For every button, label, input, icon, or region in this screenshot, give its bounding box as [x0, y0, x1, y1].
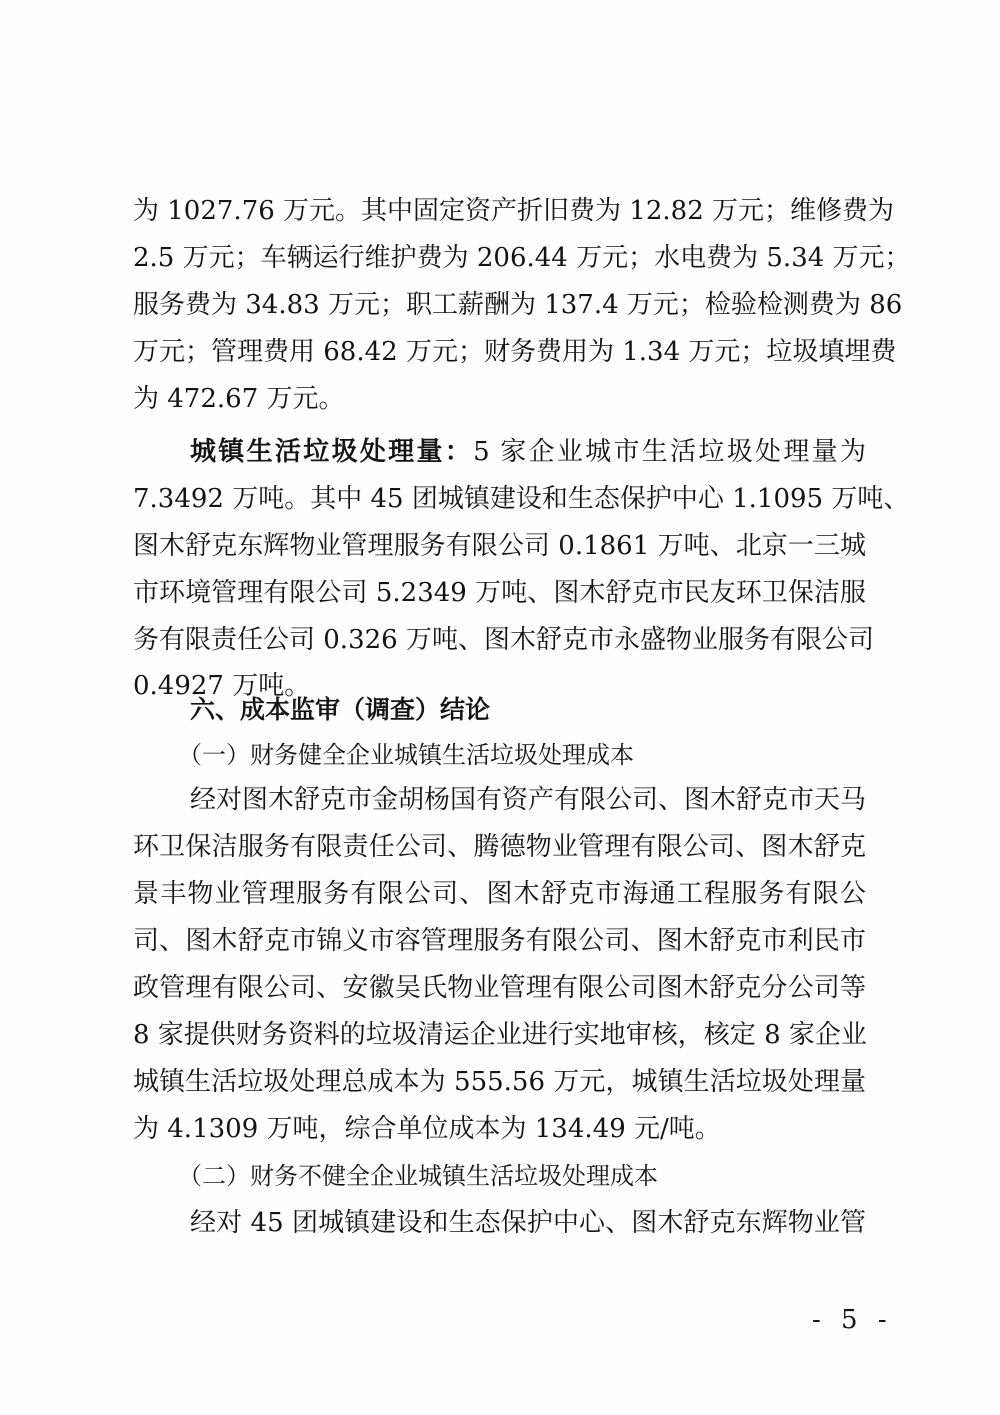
text-line: 市环境管理有限公司 5.2349 万吨、图木舒克市民友环卫保洁服 — [133, 573, 866, 613]
text-line: 司、图木舒克市锦义市容管理服务有限公司、图木舒克市利民市 — [133, 921, 866, 961]
text-line: 7.3492 万吨。其中 45 团城镇建设和生态保护中心 1.1095 万吨、 — [133, 479, 866, 519]
text-line: 经对图木舒克市金胡杨国有资产有限公司、图木舒克市天马 — [190, 780, 866, 820]
text-line: 城镇生活垃圾处理量：5 家企业城市生活垃圾处理量为 — [190, 432, 866, 472]
text-line: 2.5 万元；车辆运行维护费为 206.44 万元；水电费为 5.34 万元； — [133, 238, 866, 278]
text-line: 政管理有限公司、安徽吴氏物业管理有限公司图木舒克分公司等 — [133, 968, 866, 1008]
text-line: 经对 45 团城镇建设和生态保护中心、图木舒克东辉物业管 — [190, 1203, 866, 1243]
text-line: 为 4.1309 万吨，综合单位成本为 134.49 元/吨。 — [133, 1109, 866, 1149]
text-line: 景丰物业管理服务有限公司、图木舒克市海通工程服务有限公 — [133, 874, 866, 914]
page-number: - 5 - — [812, 1303, 893, 1337]
text-line: 万元；管理费用 68.42 万元；财务费用为 1.34 万元；垃圾填埋费 — [133, 332, 866, 372]
document-page: 为 1027.76 万元。其中固定资产折旧费为 12.82 万元；维修费为 2.… — [0, 0, 1000, 1415]
text-line: 服务费为 34.83 万元；职工薪酬为 137.4 万元；检验检测费为 86 — [133, 285, 866, 325]
subsection-heading: （二）财务不健全企业城镇生活垃圾处理成本 — [178, 1156, 658, 1196]
text-line: 为 1027.76 万元。其中固定资产折旧费为 12.82 万元；维修费为 — [133, 191, 866, 231]
text-line: 8 家提供财务资料的垃圾清运企业进行实地审核，核定 8 家企业 — [133, 1015, 866, 1055]
text-line: 务有限责任公司 0.326 万吨、图木舒克市永盛物业服务有限公司 — [133, 620, 866, 660]
text-line: 城镇生活垃圾处理总成本为 555.56 万元，城镇生活垃圾处理量 — [133, 1062, 866, 1102]
subsection-heading: （一）财务健全企业城镇生活垃圾处理成本 — [178, 735, 634, 775]
text-line: 图木舒克东辉物业管理服务有限公司 0.1861 万吨、北京一三城 — [133, 526, 866, 566]
paragraph-lead: 城镇生活垃圾处理量： — [190, 437, 473, 467]
text-line: 环卫保洁服务有限责任公司、腾德物业管理有限公司、图木舒克 — [133, 827, 866, 867]
paragraph-text: 5 家企业城市生活垃圾处理量为 — [473, 437, 866, 467]
text-line: 为 472.67 万元。 — [133, 379, 866, 419]
section-heading: 六、成本监审（调查）结论 — [190, 690, 490, 730]
